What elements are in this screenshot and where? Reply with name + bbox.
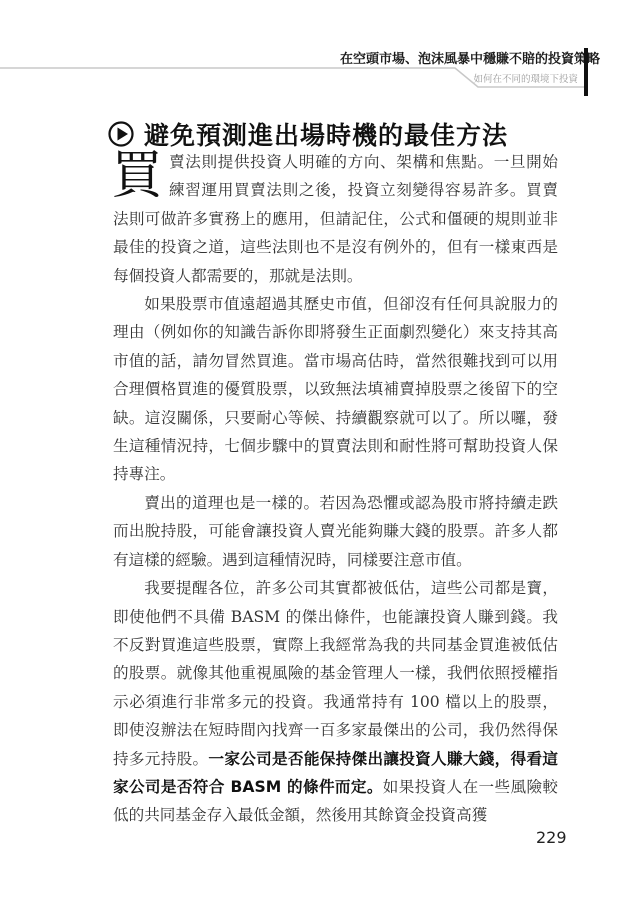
- header-bar: [584, 48, 588, 96]
- paragraph-4: 我要提醒各位，許多公司其實都被低估，這些公司都是寶，即使他們不具備 BASM 的…: [113, 574, 558, 830]
- body-text: 買賣法則提供投資人明確的方向、架構和焦點。一旦開始練習運用買賣法則之後，投資立刻…: [113, 148, 558, 830]
- drop-cap: 買: [111, 150, 163, 202]
- running-header-title: 在空頭市場、泡沫風暴中穩賺不賠的投資策略: [340, 48, 578, 67]
- section-heading: 避免預測進出場時機的最佳方法: [108, 116, 508, 152]
- paragraph-text: 賣法則提供投資人明確的方向、架構和焦點。一旦開始練習運用買賣法則之後，投資立刻變…: [113, 153, 558, 285]
- paragraph-text: 如果股票市值遠超過其歷史市值，但卻沒有任何具說服力的理由（例如你的知識告訴你即將…: [113, 295, 558, 483]
- paragraph-text: 賣出的道理也是一樣的。若因為恐懼或認為股市將持續走跌而出脫持股，可能會讓投資人賣…: [113, 494, 558, 569]
- play-circle-icon: [108, 121, 134, 147]
- page-number: 229: [536, 828, 567, 847]
- paragraph-1: 買賣法則提供投資人明確的方向、架構和焦點。一旦開始練習運用買賣法則之後，投資立刻…: [113, 148, 558, 290]
- running-header-subtitle: 如何在不同的環境下投資: [440, 71, 578, 85]
- paragraph-3: 賣出的道理也是一樣的。若因為恐懼或認為股市將持續走跌而出脫持股，可能會讓投資人賣…: [113, 489, 558, 574]
- paragraph-text: 我要提醒各位，許多公司其實都被低估，這些公司都是寶，即使他們不具備 BASM 的…: [113, 579, 558, 767]
- section-title: 避免預測進出場時機的最佳方法: [144, 116, 508, 152]
- paragraph-2: 如果股票市值遠超過其歷史市值，但卻沒有任何具說服力的理由（例如你的知識告訴你即將…: [113, 290, 558, 489]
